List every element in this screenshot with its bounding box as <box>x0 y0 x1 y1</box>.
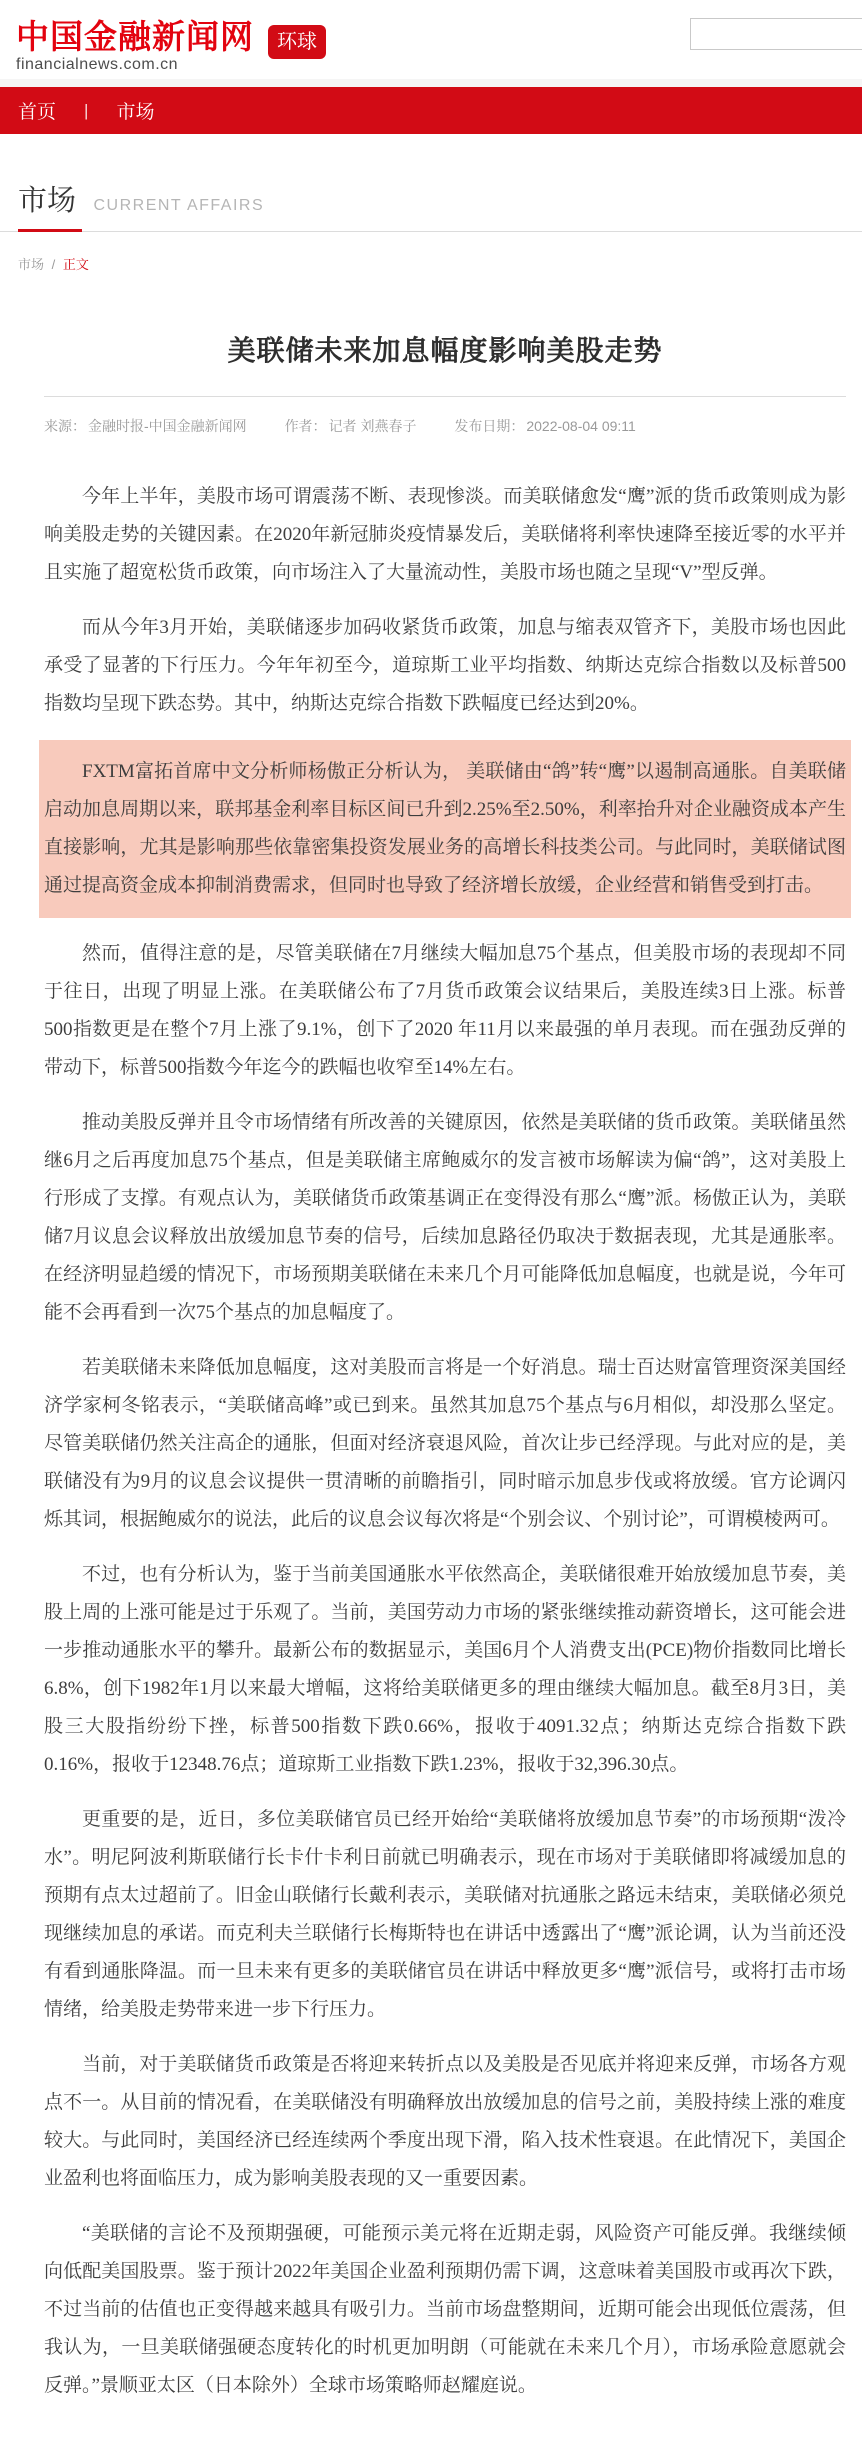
article-paragraph-highlighted: FXTM富拓首席中文分析师杨傲正分析认为， 美联储由“鸽”转“鹰”以遏制高通胀。… <box>39 740 851 918</box>
section-rule <box>0 231 862 232</box>
article-paragraph: 若美联储未来降低加息幅度，这对美股而言将是一个好消息。瑞士百达财富管理资深美国经… <box>44 1349 846 1539</box>
article-body: 今年上半年，美股市场可谓震荡不断、表现惨淡。而美联储愈发“鹰”派的货币政策则成为… <box>44 478 846 2462</box>
meta-date-value: 2022-08-04 09:11 <box>526 418 636 434</box>
breadcrumb: 市场 / 正文 <box>0 254 862 273</box>
article: 美联储未来加息幅度影响美股走势 来源：金融时报-中国金融新闻网 作者：记者 刘燕… <box>44 329 846 2462</box>
logo-text-block: 中国金融新闻网 financialnews.com.cn <box>16 20 254 74</box>
nav-separator: | <box>84 101 88 121</box>
header-divider-strip <box>0 79 862 87</box>
site-header: 中国金融新闻网 financialnews.com.cn 环球 <box>0 0 862 79</box>
section-rule-accent <box>18 229 82 232</box>
title-divider <box>44 396 846 397</box>
section-title-cn: 市场 <box>18 185 76 217</box>
article-paragraph: 然而，值得注意的是，尽管美联储在7月继续大幅加息75个基点，但美股市场的表现却不… <box>44 935 846 1087</box>
meta-source-label: 来源： <box>44 418 86 434</box>
meta-date-label: 发布日期： <box>454 418 524 434</box>
breadcrumb-separator: / <box>52 257 56 272</box>
meta-source-value: 金融时报-中国金融新闻网 <box>88 418 247 434</box>
meta-author: 作者：记者 刘燕春子 <box>285 418 417 434</box>
article-paragraph: 而从今年3月开始，美联储逐步加码收紧货币政策，加息与缩表双管齐下，美股市场也因此… <box>44 609 846 723</box>
article-paragraph: 更重要的是，近日，多位美联储官员已经开始给“美联储将放缓加息节奏”的市场预期“泼… <box>44 1801 846 2029</box>
article-paragraph: 推动美股反弹并且令市场情绪有所改善的关键原因，依然是美联储的货币政策。美联储虽然… <box>44 1104 846 1332</box>
meta-source: 来源：金融时报-中国金融新闻网 <box>44 418 247 434</box>
article-title: 美联储未来加息幅度影响美股走势 <box>44 329 846 369</box>
article-paragraph: 今年上半年，美股市场可谓震荡不断、表现惨淡。而美联储愈发“鹰”派的货币政策则成为… <box>44 478 846 592</box>
main-nav: 首页 | 市场 <box>0 87 862 134</box>
article-meta: 来源：金融时报-中国金融新闻网 作者：记者 刘燕春子 发布日期：2022-08-… <box>44 416 846 436</box>
section-title-en: CURRENT AFFAIRS <box>93 197 264 214</box>
nav-item-home[interactable]: 首页 <box>18 97 56 124</box>
site-logo[interactable]: 中国金融新闻网 financialnews.com.cn 环球 <box>16 20 326 74</box>
breadcrumb-section[interactable]: 市场 <box>18 257 44 272</box>
search-input[interactable] <box>690 18 862 50</box>
channel-badge[interactable]: 环球 <box>268 25 326 59</box>
breadcrumb-current: 正文 <box>63 257 89 272</box>
section-head: 市场 CURRENT AFFAIRS <box>0 178 862 231</box>
page: 中国金融新闻网 financialnews.com.cn 环球 首页 | 市场 … <box>0 0 862 2462</box>
article-paragraph: 不过，也有分析认为，鉴于当前美国通胀水平依然高企，美联储很难开始放缓加息节奏，美… <box>44 1556 846 1784</box>
nav-item-market[interactable]: 市场 <box>116 97 154 124</box>
logo-title: 中国金融新闻网 <box>16 20 254 54</box>
meta-date: 发布日期：2022-08-04 09:11 <box>454 418 636 434</box>
logo-domain: financialnews.com.cn <box>16 55 254 74</box>
meta-author-value: 记者 刘燕春子 <box>329 418 417 434</box>
meta-author-label: 作者： <box>285 418 327 434</box>
article-paragraph: 当前，对于美联储货币政策是否将迎来转折点以及美股是否见底并将迎来反弹，市场各方观… <box>44 2046 846 2198</box>
article-paragraph: “美联储的言论不及预期强硬，可能预示美元将在近期走弱，风险资产可能反弹。我继续倾… <box>44 2215 846 2405</box>
